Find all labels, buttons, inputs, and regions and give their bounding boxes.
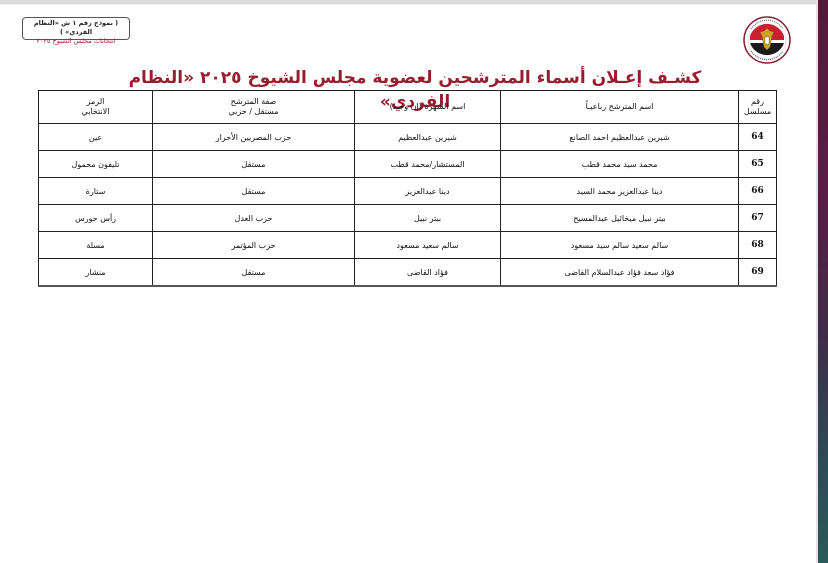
header-status-line2: مستقل / حزبي <box>153 107 354 117</box>
cell-full-name: فؤاد سعد فؤاد عبدالسلام القاضى <box>501 259 739 287</box>
table-row: 69 فؤاد سعد فؤاد عبدالسلام القاضى فؤاد ا… <box>39 259 777 287</box>
cell-fame-name: دينا عبدالعزيز <box>355 178 501 205</box>
page-top-border <box>0 0 818 5</box>
form-number-label: ( نموذج رقم ١ ش «النظام الفردي» ) انتخاب… <box>22 17 130 40</box>
cell-fame-name: المستشار/محمد قطب <box>355 151 501 178</box>
cell-symbol: تليفون محمول <box>39 151 153 178</box>
cell-symbol: مسلة <box>39 232 153 259</box>
table-header-row: رقم مسلسل اسم المترشح رباعيـاً اسم الشهر… <box>39 91 777 124</box>
cell-symbol: رأس حورس <box>39 205 153 232</box>
table-row: 67 بيتر نبيل ميخائيل عبدالمسيح بيتر نبيل… <box>39 205 777 232</box>
cell-status: مستقل <box>153 178 355 205</box>
cell-full-name: محمد سيد محمد قطب <box>501 151 739 178</box>
header-symbol: الرمز الانتخابي <box>39 91 153 124</box>
header-serial-line2: مسلسل <box>739 107 776 117</box>
cell-serial: 67 <box>739 205 777 232</box>
cell-fame-name: سالم سعيد مسعود <box>355 232 501 259</box>
candidates-table: رقم مسلسل اسم المترشح رباعيـاً اسم الشهر… <box>38 90 777 287</box>
header-symbol-line2: الانتخابي <box>39 107 152 117</box>
cell-symbol: ستارة <box>39 178 153 205</box>
cell-fame-name: بيتر نبيل <box>355 205 501 232</box>
cell-status: مستقل <box>153 151 355 178</box>
cell-full-name: بيتر نبيل ميخائيل عبدالمسيح <box>501 205 739 232</box>
header-fame-name: اسم الشهرة (إن وجـد) <box>355 91 501 124</box>
election-name-text: انتخابات مجلس الشيوخ ٢٠٢٥ <box>23 37 129 46</box>
cell-full-name: شيرين عبدالعظيم احمد الصانع <box>501 124 739 151</box>
table-row: 65 محمد سيد محمد قطب المستشار/محمد قطب م… <box>39 151 777 178</box>
cell-full-name: سالم سعيد سالم سيد مسعود <box>501 232 739 259</box>
cell-symbol: منشار <box>39 259 153 287</box>
elections-authority-logo-icon <box>743 16 791 64</box>
cell-serial: 69 <box>739 259 777 287</box>
cell-status: حزب المؤتمر <box>153 232 355 259</box>
header-status-line1: صفة المترشح <box>153 97 354 107</box>
cell-serial: 68 <box>739 232 777 259</box>
cell-status: حزب المصريين الأحرار <box>153 124 355 151</box>
header-status: صفة المترشح مستقل / حزبي <box>153 91 355 124</box>
cell-symbol: عين <box>39 124 153 151</box>
table-row: 64 شيرين عبدالعظيم احمد الصانع شيرين عبد… <box>39 124 777 151</box>
page-title: كشـف إعـلان أسماء المترشحين لعضوية مجلس … <box>120 66 710 90</box>
cell-status: مستقل <box>153 259 355 287</box>
table-row: 68 سالم سعيد سالم سيد مسعود سالم سعيد مس… <box>39 232 777 259</box>
cell-fame-name: فؤاد القاضى <box>355 259 501 287</box>
form-number-text: ( نموذج رقم ١ ش «النظام الفردي» ) <box>23 19 129 37</box>
table-row: 66 دينا عبدالعزيز محمد السيد دينا عبدالع… <box>39 178 777 205</box>
cell-serial: 66 <box>739 178 777 205</box>
cell-serial: 65 <box>739 151 777 178</box>
cell-serial: 64 <box>739 124 777 151</box>
header-serial: رقم مسلسل <box>739 91 777 124</box>
header-serial-line1: رقم <box>739 97 776 107</box>
header-symbol-line1: الرمز <box>39 97 152 107</box>
cell-status: حزب العدل <box>153 205 355 232</box>
window-side-bar <box>818 0 828 563</box>
header-full-name: اسم المترشح رباعيـاً <box>501 91 739 124</box>
cell-full-name: دينا عبدالعزيز محمد السيد <box>501 178 739 205</box>
cell-fame-name: شيرين عبدالعظيم <box>355 124 501 151</box>
